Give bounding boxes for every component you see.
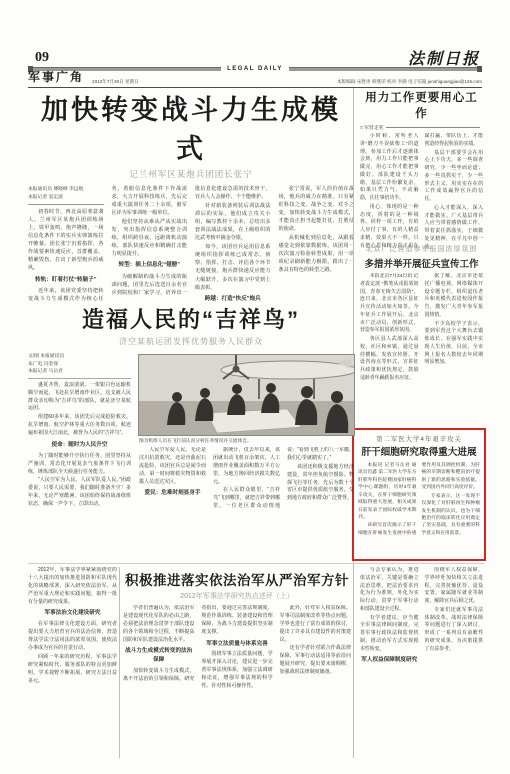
lead-paragraph: 如今，该团官兵运用信息系统组织指挥训练已成常态，侦察、指挥、打击、评估各个环节无… — [195, 243, 271, 291]
essay-article: 用力工作更要用心工作 □ 军营走笔 小时候，常听老人讲“磨刀不误砍柴工”的道理。… — [360, 89, 483, 259]
feature-subhead-2: 爱民：危难时刻显身手 — [139, 489, 206, 498]
law-paragraph: 还有学者针对联合作战法律保障、军事行动法适用等前沿问题展开研究，提出要未雨绸缪，… — [280, 645, 351, 677]
lead-subhead-1: 转轨：盯着打仗“转脑子” — [28, 276, 104, 285]
recruit-paragraph: 据了解，北京市还依托广播电视、网络媒体开设专题专栏，组织退伍老兵和英模代表进校园… — [425, 273, 484, 320]
legal-daily-label: LEGAL DAILY — [227, 66, 283, 72]
research-highlight-box: 第二军医大学4年艰辛攻关 肝干细胞研究取得重大进展 本报讯 记者马岳君 通讯员肖… — [352, 428, 486, 561]
lead-paragraph: 初春时节，西北高原寒意袭人。兰州军区某炮兵团训练场上，铁甲轰鸣，炮声隆隆，一场信… — [28, 208, 104, 272]
feature-paragraph: “人民空军为人民，人民军队爱人民。”团政委说，只要人民需要，我们随时准备升空！多… — [28, 477, 131, 509]
rule-bar-right — [289, 67, 477, 71]
lead-paragraph: 针对新装备列装后训法战法滞后的实际，他们成立攻关小组，编写教材十余本，总结出多套… — [195, 202, 271, 242]
lead-subhead-2: 转型：插上信息化“翅膀” — [112, 261, 188, 270]
feature-byline: 文/图 本报通讯员 朱广电 闫金琛 本报记者 马岳君 — [28, 353, 131, 379]
essay-headline: 用力工作更要用心工作 — [360, 89, 483, 121]
lead-byline-2: 本报记者 袁定波 — [28, 194, 104, 202]
rule-cap-right — [477, 66, 482, 72]
essay-body: 小时候，常听老人讲“磨刀不误砍柴工”的道理。参加工作后才逐渐体会到，用力工作只能… — [360, 133, 483, 259]
law-paragraph: 与会专家认为，推进依法治军，关键是要确立法治思维，把法治要求内化为行为准则，外化… — [360, 567, 419, 614]
photo-graphic — [139, 355, 354, 435]
editor-line: 本版编辑·宋胜男 韩燕荣 校对·李静 电子信箱 junshiguangjiao@… — [337, 79, 482, 85]
feature-paragraph: 人民空军爱人民。无论是汶川抗震救灾，还是舟曲泥石流抢险，该团官兵总是闻令而动，第… — [139, 447, 206, 486]
law-paragraph: 在军事法律文化建设方面，研究者提出要大力培育官兵的法治信仰，营造尊法学法守法用法… — [28, 621, 117, 653]
feature-subtitle: 济空某航运团发挥优势服务人民群众 — [28, 336, 354, 347]
essay-paragraph: 小时候，常听老人讲“磨刀不误砍柴工”的道理。参加工作后才逐渐体会到，用力工作只能… — [360, 133, 419, 203]
law-paragraph: 专家们还就军事司法体制改革、战时法律保障等问题进行了深入研讨，形成了一系列具有前… — [425, 607, 484, 654]
recruit-headline: 多措并举开展征兵宣传工作 — [360, 256, 483, 270]
feature-paragraph: 据统计，仅去年以来，该团就出动飞机百余架次，人工增雨作业覆盖面积数万平方公里，为… — [213, 447, 280, 486]
section-date: 2013年7月28日 星期日 — [92, 79, 139, 85]
law-right-body: 与会专家认为，推进依法治军，关键是要确立法治思维，把法治要求内化为行为准则，外化… — [360, 567, 483, 757]
news-photo — [139, 355, 354, 435]
recruit-paragraph: 本报北京7月24日讯 记者袁定波 “携笔从戎报效祖国，青春无悔矢志国防”。连日来… — [360, 273, 419, 335]
lead-paragraph: 他们坚持从难从严从实战出发，突出指挥信息系统整合训练，组织跨昼夜、远距离机动演练… — [112, 218, 188, 258]
law-subtitle: 2012年军事法学研究热点述评（上） — [123, 591, 351, 601]
feature-left-column: 文/图 本报通讯员 朱广电 闫金琛 本报记者 马岳君 盛夏齐鲁，麦浪滚滚。一架银… — [28, 353, 131, 565]
newspaper-page: 09 法制日报 LEGAL DAILY 军事广角 2013年7月28日 星期日 … — [0, 0, 510, 774]
law-paragraph: 学者们普遍认为，依法治军是建设现代化军队的必由之路，必须把法治理念贯穿于部队建设… — [123, 605, 194, 644]
bottom-section-rule — [28, 563, 484, 564]
law-article-center: 积极推进落实依法治军从严治军方针 2012年军事法学研究热点述评（上） 学者们普… — [123, 569, 351, 763]
law-article-left-column: 2012年，军事法学界紧紧围绕党的十八大提出的加快推进国防和军队现代化的战略部署… — [28, 567, 117, 758]
law-paragraph: 此外，针对军人权益保障、军事司法制度改革等热点问题，学界也进行了富有成效的探讨，… — [280, 605, 351, 644]
photo-caption: 图为机组人员在飞行前认真分析任务情况并交流体会。 — [139, 438, 354, 444]
feature-lower-body: 人民空军爱人民。无论是汶川抗震救灾，还是舟曲泥石流抢险，该团官兵总是闻令而动，第… — [139, 447, 354, 565]
law-paragraph: 围绕军人权益保障，学界呼吁加快相关立法进程，完善抚恤优待、退役安置、家属随军就业… — [425, 567, 484, 606]
lead-headline: 加快转变战斗力生成模式 — [28, 88, 354, 166]
law-subhead-right: 军人权益保障制度研究 — [360, 656, 419, 665]
feature-subhead-1: 使命：随时为人民升空 — [28, 441, 131, 450]
bottom-column-divider — [119, 567, 120, 758]
section-header: 军事广角 2013年7月28日 星期日 本版编辑·宋胜男 韩燕荣 校对·李静 电… — [28, 73, 482, 88]
feature-article: 造福人民的“吉祥鸟” 济空某航运团发挥优势服务人民群众 文/图 本报通讯员 朱广… — [28, 303, 354, 565]
feature-paragraph: 为了随时能够升空执行任务，团里坚持从严施训，常态化开展复杂气象条件下飞行训练，锤… — [28, 453, 131, 477]
law-subhead-left: 军事法治文化建设研究 — [28, 609, 117, 618]
feature-columns: 文/图 本报通讯员 朱广电 闫金琛 本报记者 马岳君 盛夏齐鲁，麦浪滚滚。一架银… — [28, 353, 354, 565]
law-headline: 积极推进落实依法治军从严治军方针 — [123, 569, 351, 589]
section-title: 军事广角 — [28, 68, 84, 85]
recruit-article: 北京广泛营造参军报国浓厚氛围 多措并举开展征兵宣传工作 本报北京7月24日讯 记… — [360, 244, 483, 425]
lead-subtitle: 记兰州军区某炮兵团团长张宁 — [28, 168, 354, 180]
recruit-kicker: 北京广泛营造参军报国浓厚氛围 — [360, 244, 483, 254]
lead-byline-1: 本报通讯员 傅晓峰 李远航 — [28, 186, 104, 194]
recruit-paragraph: 各区县人武部深入高校、社区和乡镇，通过悬挂横幅、发放宣传册、开设咨询点等形式，宣… — [360, 336, 419, 383]
law-subhead-mid-2: 军事立法质量与体系完善 — [201, 640, 272, 649]
research-paragraph: 本报讯 记者马岳君 通讯员肖鑫 第二军医大学东方肝胆外科医院暨国家肝癌科学中心课… — [358, 461, 417, 520]
feature-headline: 造福人民的“吉祥鸟” — [28, 303, 354, 334]
law-article-right-column: 与会专家认为，推进依法治军，关键是要确立法治思维，把法治要求内化为行为准则，外化… — [360, 567, 483, 757]
research-paragraph: 专家表示，这一发现不仅深化了对肝脏再生和肿瘤发生机制的认识，也为干细胞治疗的临床… — [422, 492, 481, 537]
law-paragraph: 有学者建议，应当健全军事法律顾问制度，完善军事行政执法和监督机制，推动治军方式实… — [360, 615, 419, 654]
lead-paragraph: 张宁常说，军人的价值在战场，炮兵的威力在精准。只有紧盯科技之变、战争之变、对手之… — [279, 185, 355, 233]
essay-dash — [386, 127, 480, 128]
feature-byline-1: 文/图 本报通讯员 — [28, 353, 131, 361]
essay-column-label: □ 军营走笔 — [360, 124, 483, 131]
feature-paragraph: 盛夏齐鲁，麦浪滚滚。一架银白色运输机腾空而起，飞赴抗旱增雨作业区。这支被人民群众… — [28, 382, 131, 414]
lead-byline: 本报通讯员 傅晓峰 李远航 本报记者 袁定波 — [28, 185, 104, 205]
law-paragraph: 2012年，军事法学界紧紧围绕党的十八大提出的加快推进国防和军队现代化的战略部署… — [28, 567, 117, 606]
feature-paragraph: 该团还积极支援地方经济建设，常年担负航空摄影、物探飞行等任务，先后为数十个省区市… — [287, 464, 354, 503]
lead-paragraph: 从机械化到信息化，从跟着感觉走到依靠数据练，该团用一次次演习检验转型成果，用一项… — [279, 234, 355, 274]
law-center-body: 学者们普遍认为，依法治军是建设现代化军队的必由之路，必须把法治理念贯穿于部队建设… — [123, 605, 351, 763]
research-headline: 肝干细胞研究取得重大进展 — [358, 444, 480, 458]
research-kicker: 第二军医大学4年艰辛攻关 — [358, 434, 480, 443]
recruit-body: 本报北京7月24日讯 记者袁定波 “携笔从戎报效祖国，青春无悔矢志国防”。连日来… — [360, 273, 483, 425]
law-paragraph: 围绕军事立法质量问题，学界展开深入讨论，建议进一步完善军事法规体系，加强立法调研… — [201, 651, 272, 690]
essay-kicker: □ 军营走笔 — [360, 124, 383, 131]
masthead-rule: LEGAL DAILY — [28, 66, 482, 72]
law-subhead-mid-1: 战斗力生成模式转变的法治保障 — [123, 647, 194, 665]
feature-byline-2: 朱广电 闫金琛 — [28, 361, 131, 369]
feature-paragraph: 组建60多年来，该团先后完成抢险救灾、抗旱增雨、航空护林等重大任务数百项，航迹遍… — [28, 414, 131, 438]
recruit-paragraph: 不少高校学子表示，要到军营这个大舞台去锻炼成长，在强军实践中实现人生价值。目前，… — [425, 321, 484, 368]
research-body: 本报讯 记者马岳君 通讯员肖鑫 第二军医大学东方肝胆外科医院暨国家肝癌科学中心课… — [358, 461, 480, 555]
essay-paragraph: 基层干部要学会在用心上下功夫，多一些调查研究，少一些坐而论道；多一些真抓实干，少… — [425, 150, 484, 204]
law-paragraph: 回顾一年来的研究历程，军事法学研究紧贴时代、服务部队的特点更加鲜明，学术视野不断… — [28, 654, 117, 686]
feature-byline-3: 本报记者 马岳君 — [28, 368, 131, 376]
